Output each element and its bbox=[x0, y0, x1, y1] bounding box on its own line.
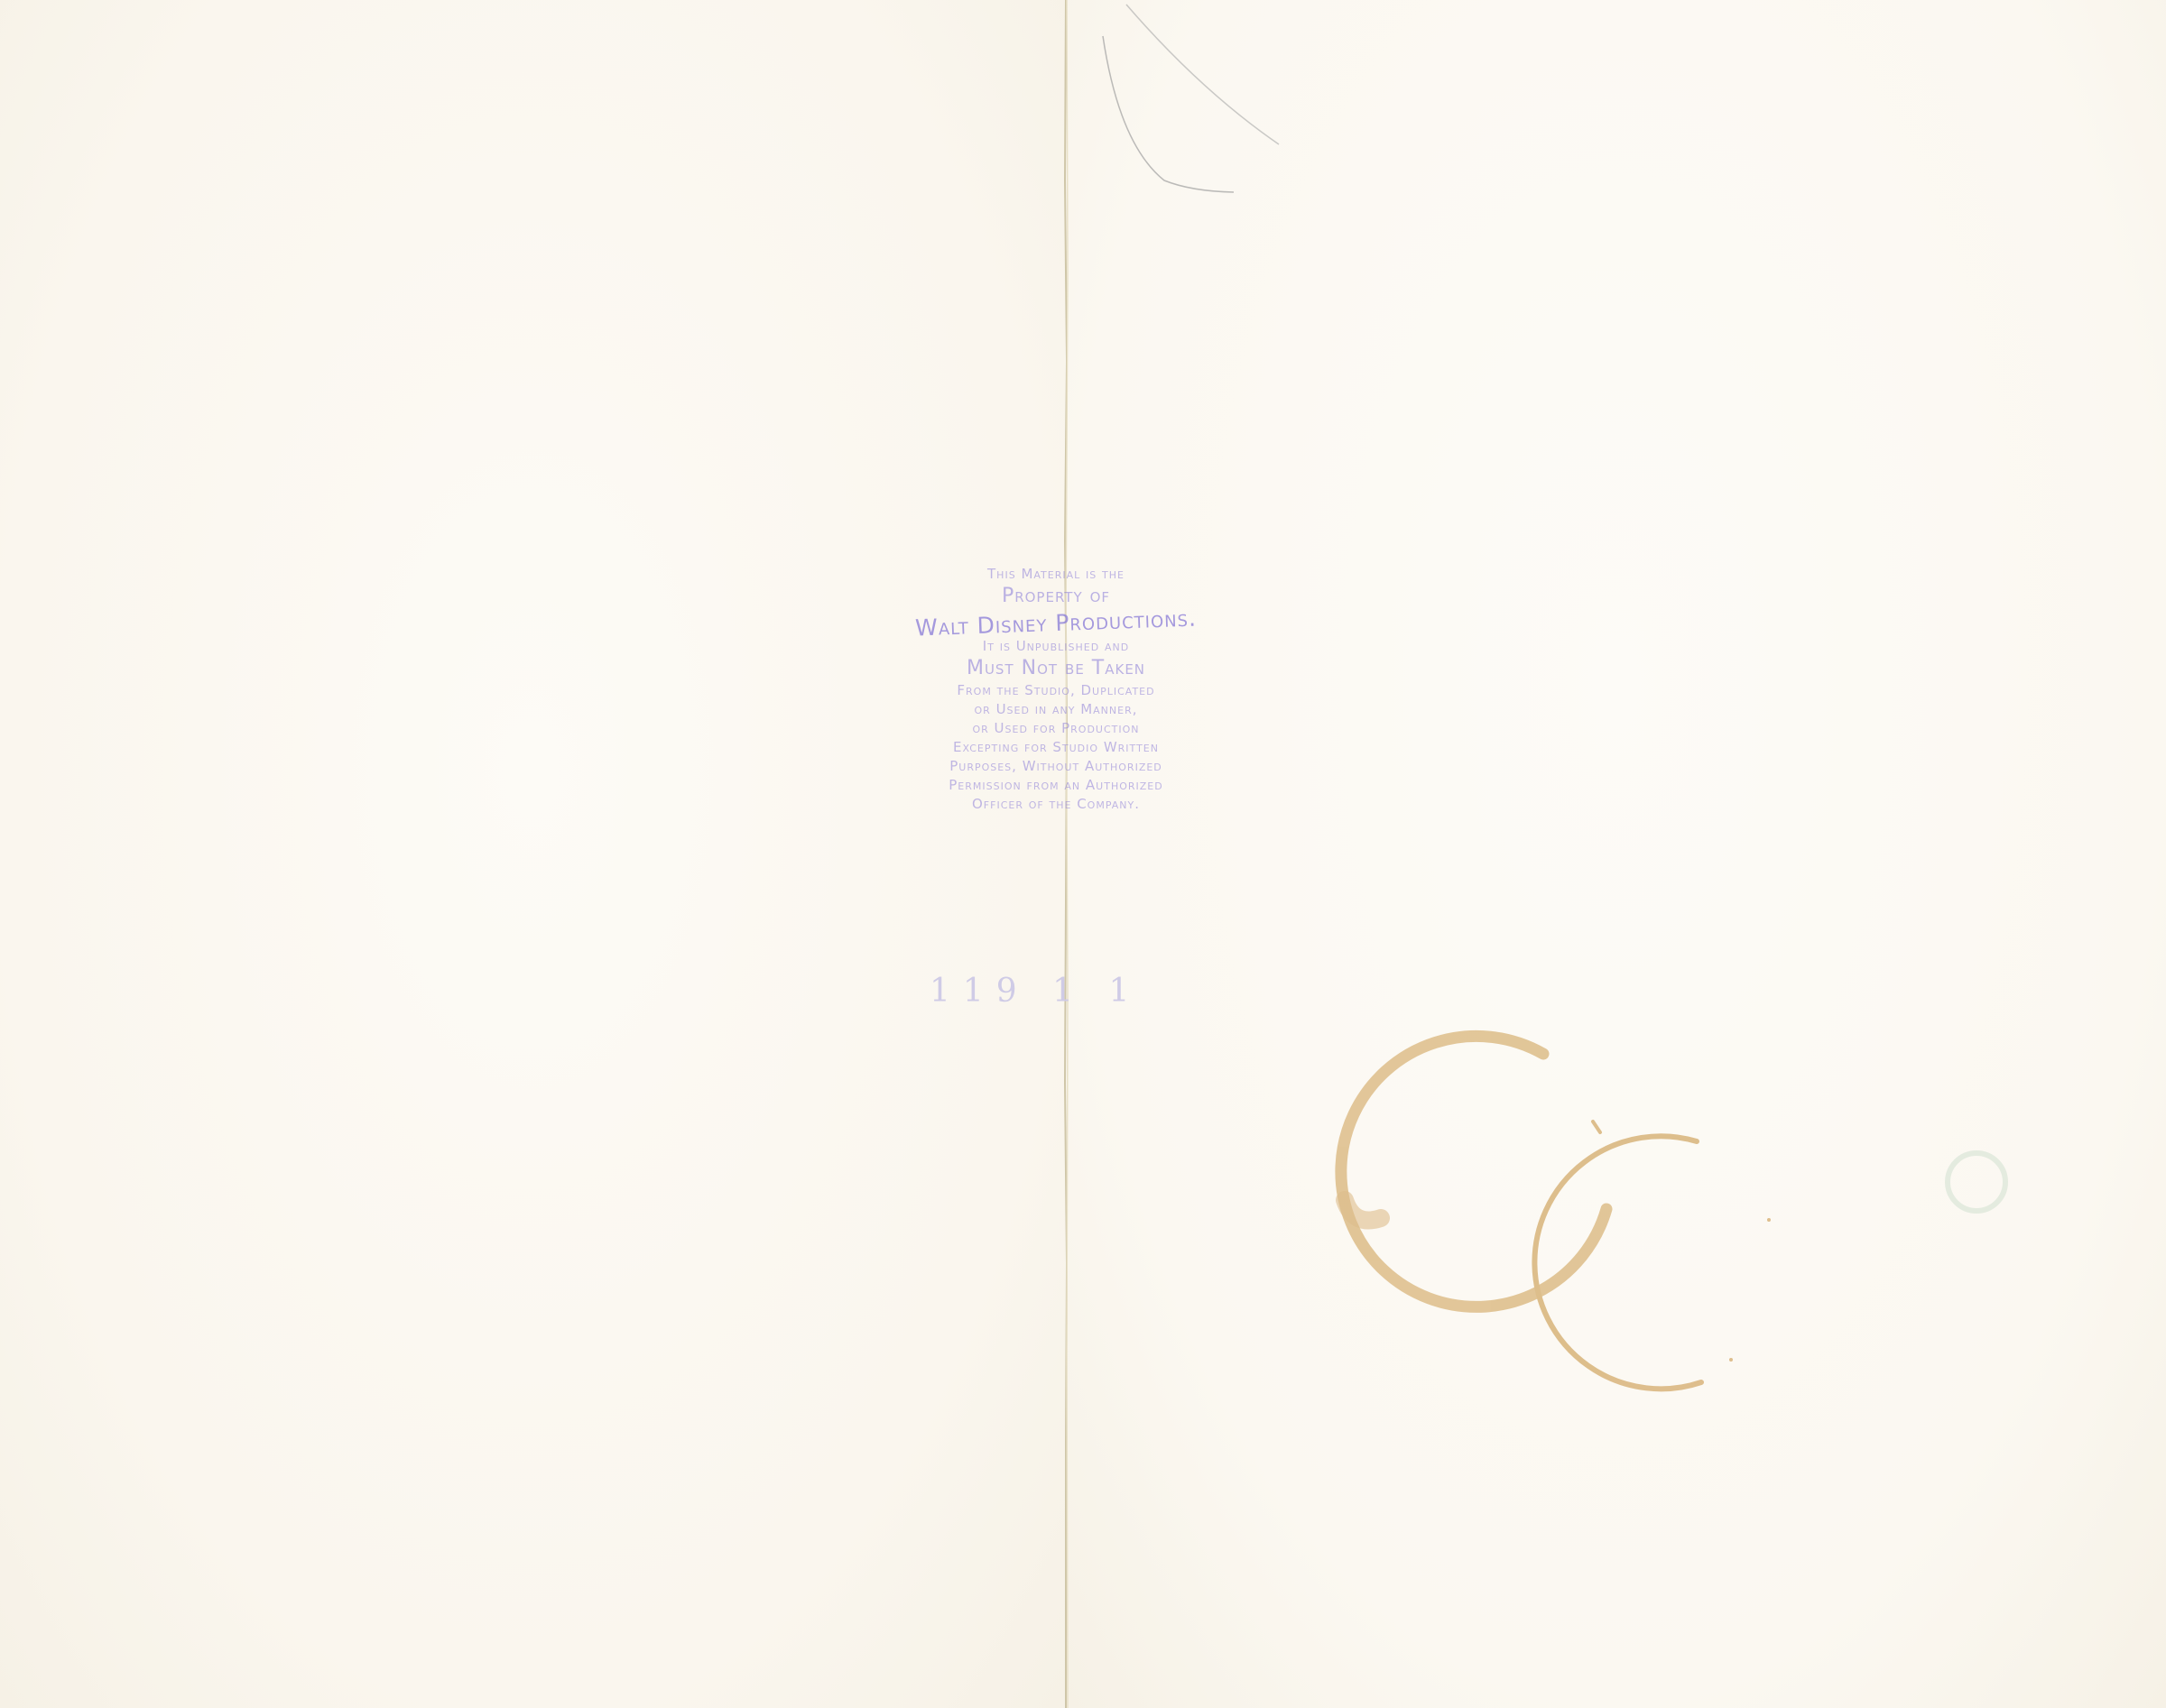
coffee-ring-stains bbox=[0, 0, 2166, 1708]
coffee-ring-large bbox=[1341, 1036, 1606, 1306]
coffee-ring-small bbox=[1534, 1136, 1701, 1389]
faint-green-smudge bbox=[1948, 1153, 2005, 1211]
